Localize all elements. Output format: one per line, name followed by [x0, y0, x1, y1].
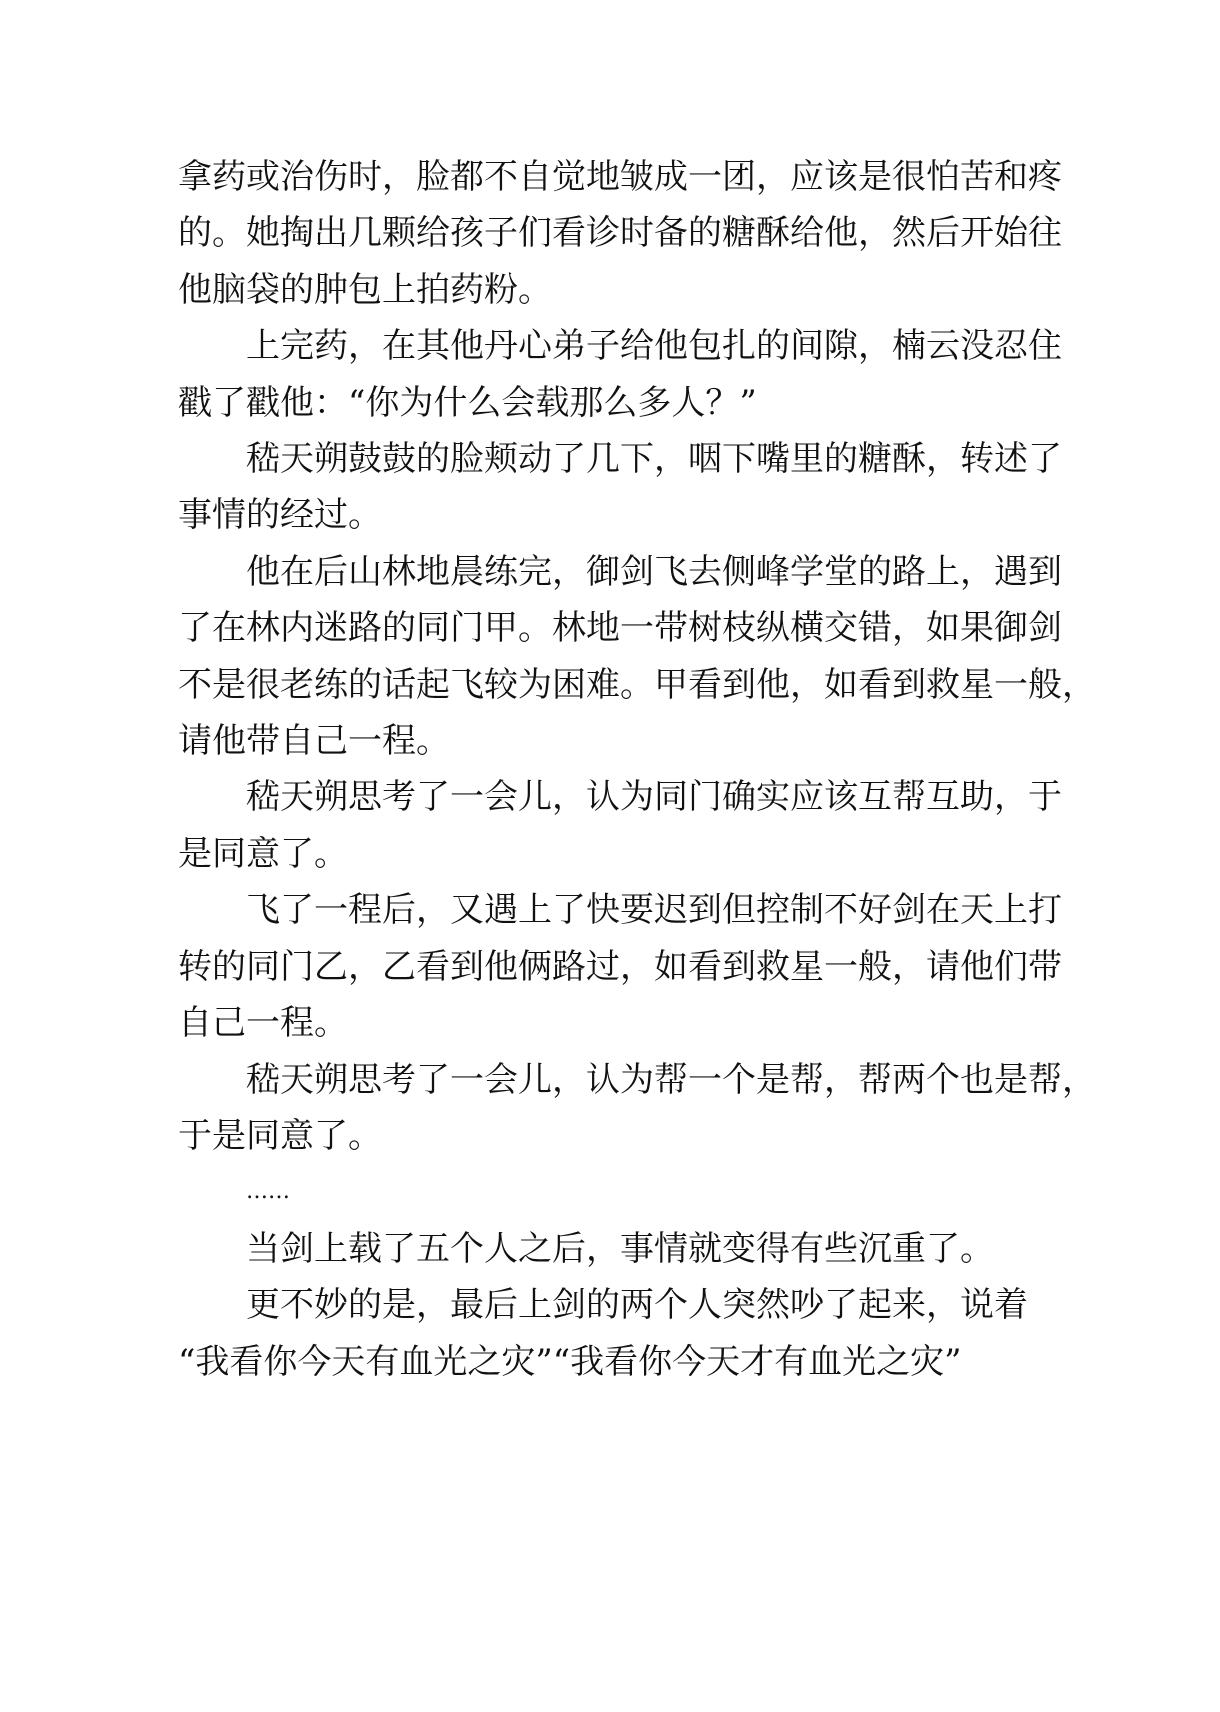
text-line: 戳了戳他：“你为什么会载那么多人？” [178, 375, 940, 431]
text-line: 了在林内迷路的同门甲。林地一带树枝纵横交错，如果御剑 [178, 600, 940, 656]
paragraph: 当剑上载了五个人之后，事情就变得有些沉重了。 [178, 1221, 940, 1277]
text-line: …… [178, 1164, 940, 1220]
paragraph: 飞了一程后，又遇上了快要迟到但控制不好剑在天上打 转的同门乙，乙看到他俩路过，如… [178, 882, 940, 1051]
text-line: 他在后山林地晨练完，御剑飞去侧峰学堂的路上，遇到 [178, 544, 940, 600]
text-line: 嵇天朔鼓鼓的脸颊动了几下，咽下嘴里的糖酥，转述了 [178, 431, 940, 487]
text-line: 嵇天朔思考了一会儿，认为同门确实应该互帮互助，于 [178, 769, 940, 825]
text-line: 当剑上载了五个人之后，事情就变得有些沉重了。 [178, 1221, 940, 1277]
text-line: “我看你今天有血光之灾”“我看你今天才有血光之灾” [178, 1334, 940, 1390]
ellipsis-separator: …… [178, 1164, 940, 1220]
text-line: 转的同门乙，乙看到他俩路过，如看到救星一般，请他们带 [178, 939, 940, 995]
text-line: 事情的经过。 [178, 487, 940, 543]
paragraph: 嵇天朔鼓鼓的脸颊动了几下，咽下嘴里的糖酥，转述了 事情的经过。 [178, 431, 940, 544]
text-line: 拿药或治伤时，脸都不自觉地皱成一团，应该是很怕苦和疼 [178, 149, 940, 205]
text-line: 于是同意了。 [178, 1108, 940, 1164]
paragraph: 上完药，在其他丹心弟子给他包扎的间隙，楠云没忍住 戳了戳他：“你为什么会载那么多… [178, 318, 940, 431]
text-line: 不是很老练的话起飞较为困难。甲看到他，如看到救星一般， [178, 657, 940, 713]
text-line: 更不妙的是，最后上剑的两个人突然吵了起来，说着 [178, 1277, 940, 1333]
text-line: 嵇天朔思考了一会儿，认为帮一个是帮，帮两个也是帮， [178, 1052, 940, 1108]
paragraph: 拿药或治伤时，脸都不自觉地皱成一团，应该是很怕苦和疼 的。她掏出几颗给孩子们看诊… [178, 149, 940, 318]
text-line: 请他带自己一程。 [178, 713, 940, 769]
paragraph: 更不妙的是，最后上剑的两个人突然吵了起来，说着 “我看你今天有血光之灾”“我看你… [178, 1277, 940, 1390]
document-page: 拿药或治伤时，脸都不自觉地皱成一团，应该是很怕苦和疼 的。她掏出几颗给孩子们看诊… [178, 149, 940, 1390]
text-line: 飞了一程后，又遇上了快要迟到但控制不好剑在天上打 [178, 882, 940, 938]
text-line: 他脑袋的肿包上拍药粉。 [178, 262, 940, 318]
paragraph: 嵇天朔思考了一会儿，认为同门确实应该互帮互助，于 是同意了。 [178, 769, 940, 882]
text-line: 的。她掏出几颗给孩子们看诊时备的糖酥给他，然后开始往 [178, 205, 940, 261]
text-line: 自己一程。 [178, 995, 940, 1051]
paragraph: 嵇天朔思考了一会儿，认为帮一个是帮，帮两个也是帮， 于是同意了。 [178, 1052, 940, 1165]
paragraph: 他在后山林地晨练完，御剑飞去侧峰学堂的路上，遇到 了在林内迷路的同门甲。林地一带… [178, 544, 940, 770]
text-line: 上完药，在其他丹心弟子给他包扎的间隙，楠云没忍住 [178, 318, 940, 374]
text-line: 是同意了。 [178, 826, 940, 882]
